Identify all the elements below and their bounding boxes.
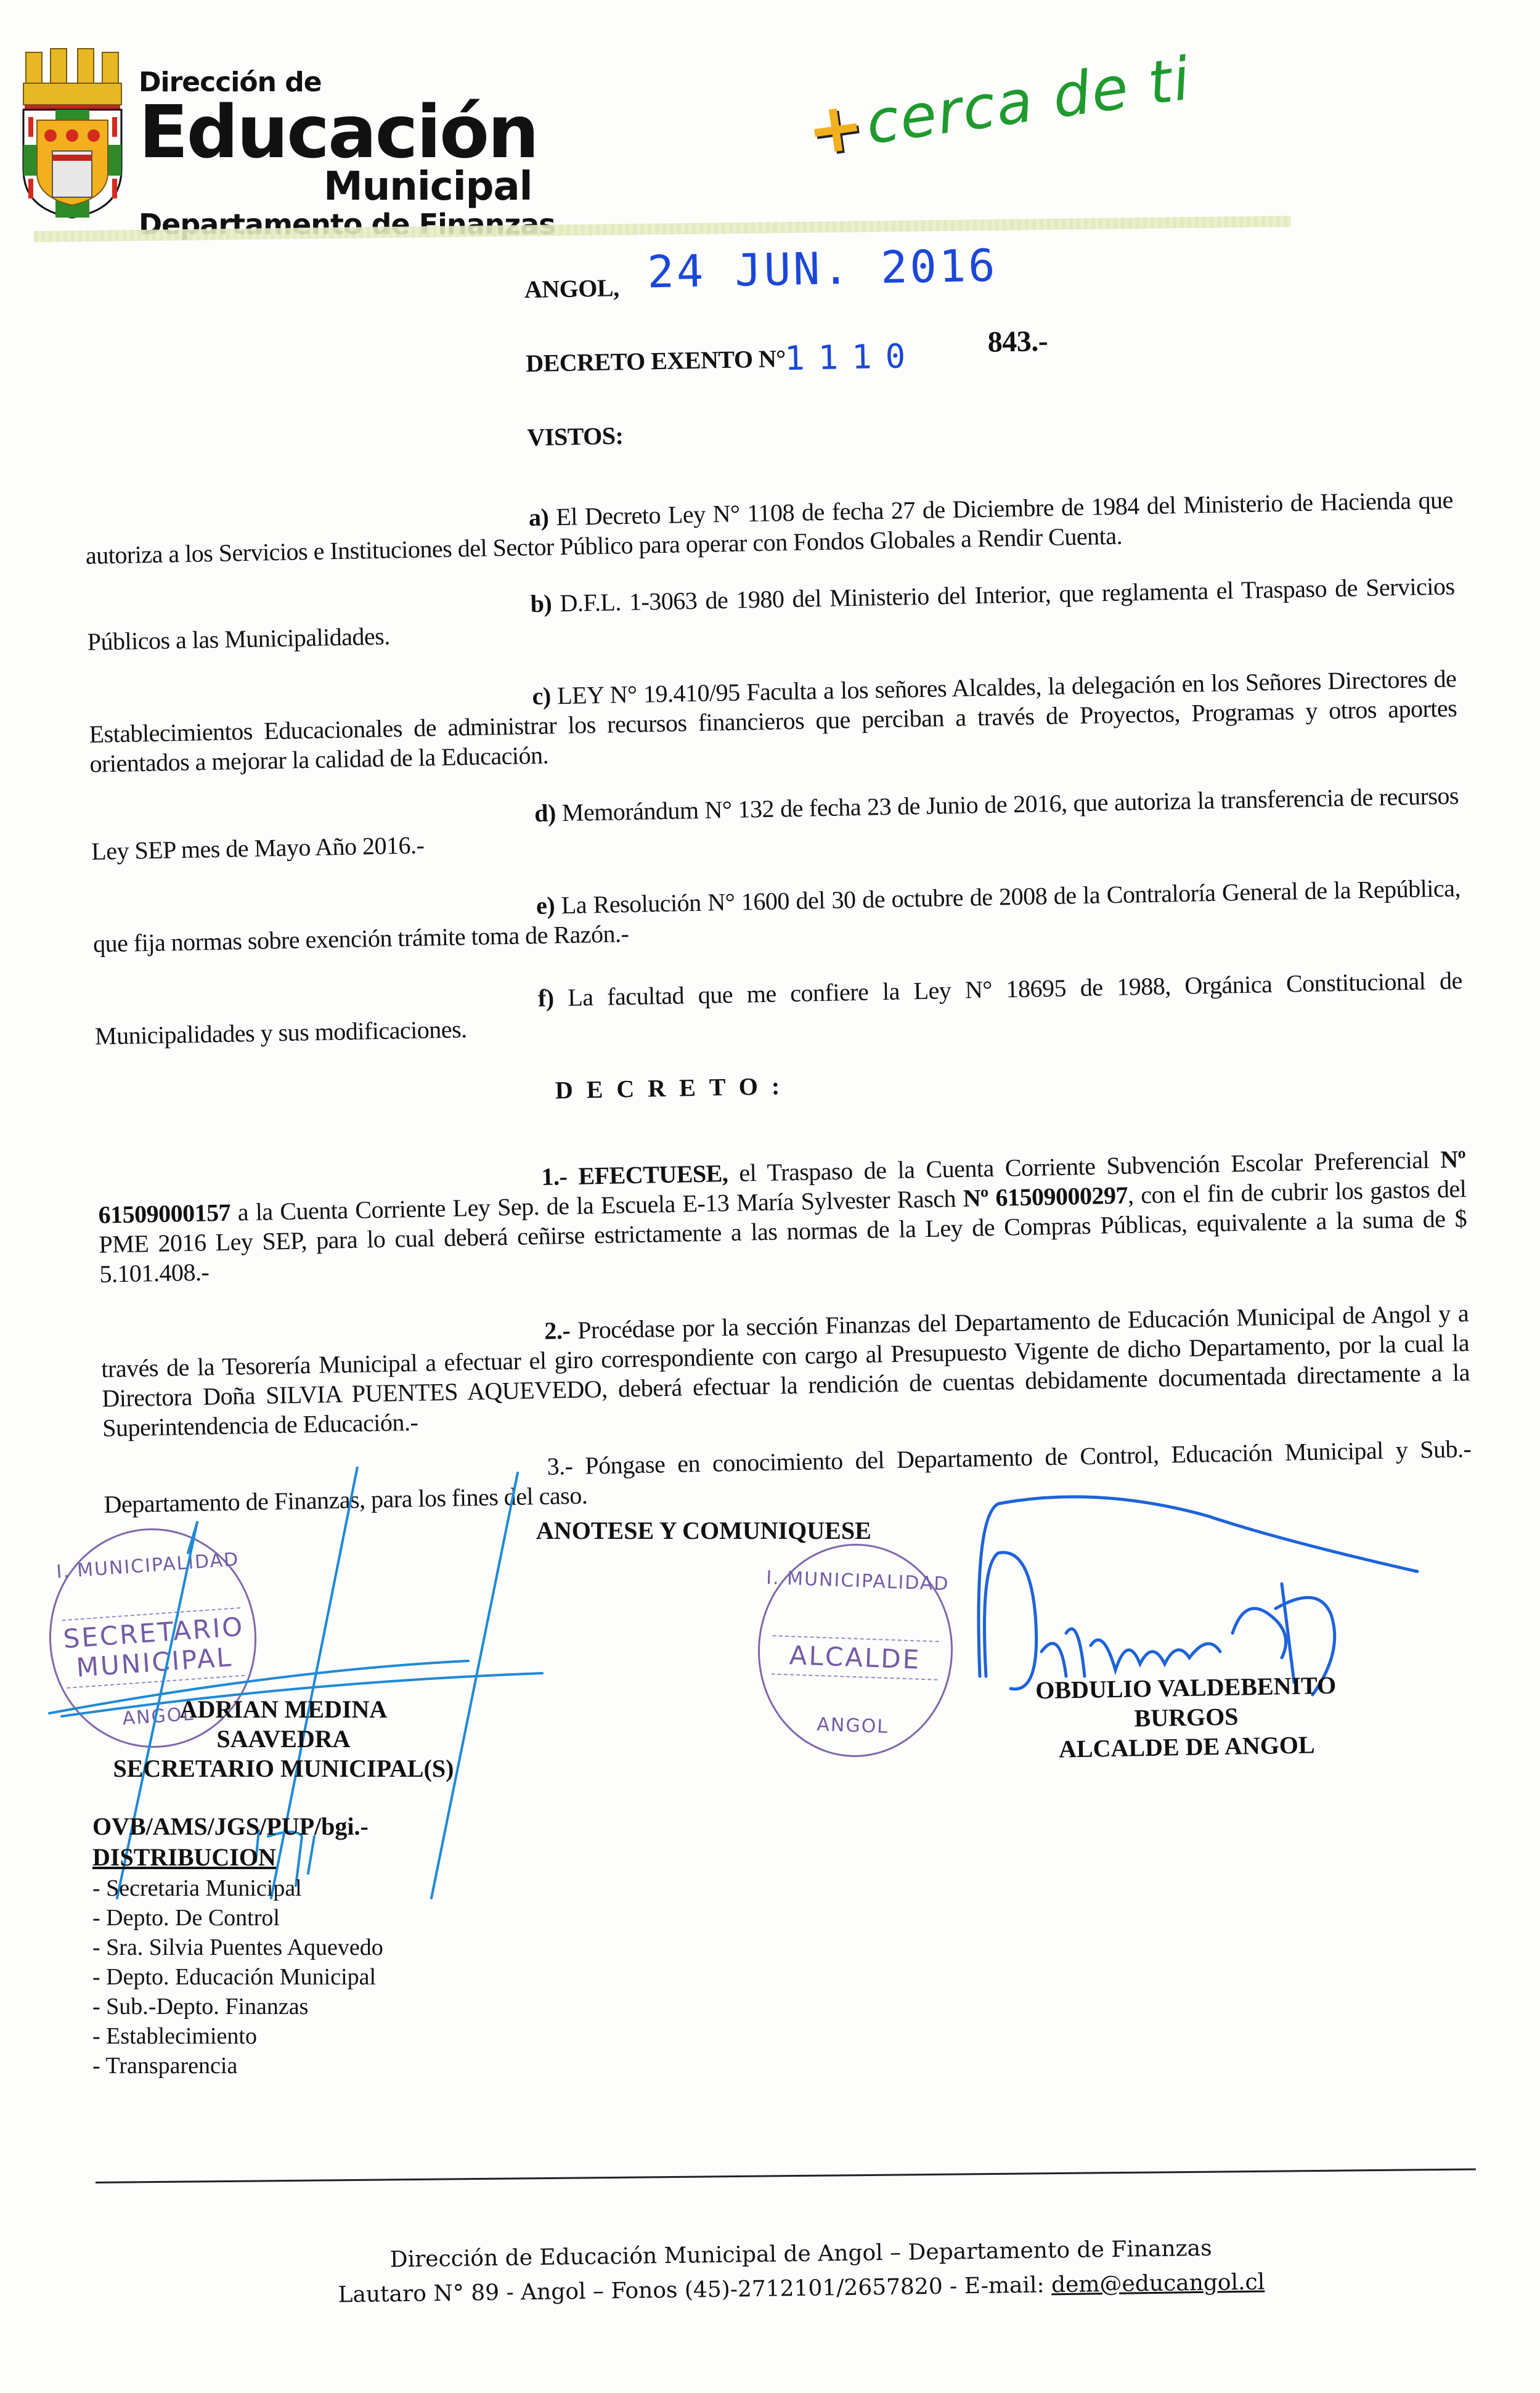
decree-number-stamp: 1110	[784, 341, 919, 373]
footer-divider	[96, 2168, 1476, 2183]
seal-top-text: I. MUNICIPALIDAD	[762, 1567, 953, 1596]
visto-marker: e)	[536, 891, 555, 919]
seal-line: ALCALDE	[772, 1640, 939, 1675]
mayor-name: OBDULIO VALDEBENITO BURGOS	[985, 1669, 1387, 1735]
slogan-logo: + cerca de ti	[802, 39, 1196, 171]
seal-top-text: I. MUNICIPALIDAD	[46, 1548, 250, 1584]
secretary-name: ADRIAN MEDINA SAAVEDRA	[111, 1695, 456, 1754]
article-number: 2.-	[544, 1316, 571, 1345]
article-number: 1.-	[541, 1162, 568, 1191]
decree-number: 843.-	[987, 327, 1048, 357]
document-page: Dirección de Educación Municipal Departa…	[0, 0, 1540, 2393]
signature-area: I. MUNICIPALIDAD SECRETARIO MUNICIPAL AN…	[0, 1467, 1540, 2083]
seal-bottom-text: ANGOL	[757, 1712, 948, 1740]
distribution-heading: DISTRIBUCION	[92, 1843, 276, 1872]
list-item: - Secretaria Municipal	[92, 1873, 383, 1903]
seal-middle-text: ALCALDE	[772, 1635, 939, 1680]
closing-formula: ANOTESE Y COMUNIQUESE	[536, 1516, 871, 1545]
visto-marker: c)	[532, 682, 551, 710]
visto-e: e) La Resolución N° 1600 del 30 de octub…	[92, 873, 1461, 959]
list-item: - Establecimiento	[92, 2021, 383, 2051]
mayor-seal: I. MUNICIPALIDAD ALCALDE ANGOL	[754, 1541, 956, 1761]
header-line-educacion: Educación	[139, 97, 555, 166]
list-item: - Sub.-Depto. Finanzas	[92, 1992, 383, 2021]
visto-b: b) D.F.L. 1-3063 de 1980 del Ministerio …	[86, 571, 1455, 657]
slogan-text: cerca de ti	[862, 44, 1196, 158]
mayor-title: ALCALDE DE ANGOL	[986, 1729, 1387, 1765]
visto-marker: f)	[538, 984, 554, 1011]
visto-marker: d)	[534, 799, 556, 827]
account-to: Nº 61509000297	[963, 1181, 1128, 1212]
secretary-signature-block: ADRIAN MEDINA SAAVEDRA SECRETARIO MUNICI…	[111, 1695, 456, 1784]
email-link[interactable]: dem@educangol.cl	[1051, 2270, 1265, 2298]
footer: Dirección de Educación Municipal de Ango…	[308, 2230, 1294, 2313]
municipal-crest-icon	[18, 46, 126, 219]
decree-body: ANGOL, 24 JUN. 2016 DECRETO EXENTO N° 11…	[80, 238, 1448, 265]
footer-address: Lautaro N° 89 - Angol – Fonos (45)-27121…	[338, 2272, 1051, 2307]
initials-reference: OVB/AMS/JGS/PUP/bgi.-	[92, 1812, 369, 1841]
seal-middle-text: SECRETARIO MUNICIPAL	[62, 1607, 245, 1689]
decree-label: DECRETO EXENTO N°	[526, 344, 786, 378]
visto-marker: b)	[530, 589, 552, 618]
distribution-list: - Secretaria Municipal - Depto. De Contr…	[92, 1873, 383, 2081]
decreto-heading: DECRETO:	[555, 1071, 793, 1105]
header-org-name: Dirección de Educación Municipal Departa…	[139, 68, 555, 242]
visto-c: c) LEY N° 19.410/95 Faculta a los señore…	[88, 664, 1457, 779]
article-text: Procédase por la sección Finanzas del De…	[101, 1299, 1470, 1442]
list-item: - Depto. De Control	[92, 1903, 383, 1933]
vistos-label: VISTOS:	[527, 421, 624, 452]
visto-f: f) La facultad que me confiere la Ley N°…	[94, 966, 1463, 1051]
list-item: - Depto. Educación Municipal	[92, 1962, 383, 1992]
visto-text: LEY N° 19.410/95 Faculta a los señores A…	[89, 664, 1457, 778]
list-item: - Transparencia	[92, 2051, 383, 2081]
visto-marker: a)	[529, 503, 549, 531]
article-2: 2.- Procédase por la sección Finanzas de…	[100, 1298, 1470, 1443]
secretary-title: SECRETARIO MUNICIPAL(S)	[111, 1754, 456, 1784]
article-1: 1.- EFECTUESE, el Traspaso de la Cuenta …	[97, 1144, 1467, 1289]
list-item: - Sra. Silvia Puentes Aquevedo	[92, 1933, 383, 1962]
plus-icon: +	[802, 85, 869, 171]
place-label: ANGOL,	[524, 273, 619, 304]
visto-a: a) El Decreto Ley N° 1108 de fecha 27 de…	[85, 485, 1454, 571]
article-lead: EFECTUESE,	[578, 1159, 728, 1190]
visto-d: d) Memorándum N° 132 de fecha 23 de Juni…	[91, 781, 1459, 866]
mayor-signature-block: OBDULIO VALDEBENITO BURGOS ALCALDE DE AN…	[985, 1669, 1387, 1765]
date-stamp: 24 JUN. 2016	[647, 250, 998, 287]
